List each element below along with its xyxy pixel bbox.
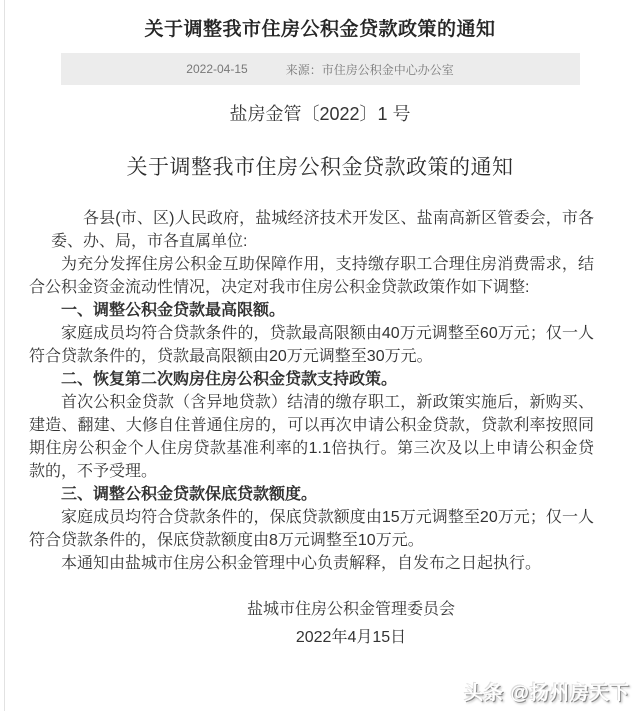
article-source: 来源：市住房公积金中心办公室 <box>286 61 454 78</box>
article-body: 各县(市、区)人民政府，盐城经济技术开发区、盐南高新区管委会，市各委、办、局，市… <box>0 207 640 575</box>
section-heading: 三、调整公积金贷款保底贷款额度。 <box>29 483 594 506</box>
paragraph: 本通知由盐城市住房公积金管理中心负责解释，自发布之日起执行。 <box>29 552 594 575</box>
paragraph: 家庭成员均符合贷款条件的，贷款最高限额由40万元调整至60万元；仅一人符合贷款条… <box>29 322 594 368</box>
publish-date: 2022-04-15 <box>186 62 247 76</box>
paragraph: 首次公积金贷款（含异地贷款）结清的缴存职工，新政策实施后，新购买、建造、翻建、大… <box>29 391 594 483</box>
page-title: 关于调整我市住房公积金贷款政策的通知 <box>0 0 640 40</box>
signature-date: 2022年4月15日 <box>62 624 640 652</box>
paragraph: 为充分发挥住房公积金互助保障作用，支持缴存职工合理住房消费需求，结合公积金资金流… <box>29 253 594 299</box>
section-heading: 二、恢复第二次购房住房公积金贷款支持政策。 <box>29 368 594 391</box>
paragraph: 各县(市、区)人民政府，盐城经济技术开发区、盐南高新区管委会，市各委、办、局，市… <box>51 207 594 253</box>
signature-org: 盐城市住房公积金管理委员会 <box>62 596 640 624</box>
article-meta-bar: 2022-04-15 来源：市住房公积金中心办公室 <box>61 53 580 85</box>
document-title: 关于调整我市住房公积金贷款政策的通知 <box>0 154 640 182</box>
toutiao-watermark: 头条 @扬州房天下 <box>464 678 630 705</box>
signature-block: 盐城市住房公积金管理委员会 2022年4月15日 <box>62 596 640 652</box>
notice-article: 关于调整我市住房公积金贷款政策的通知 2022-04-15 来源：市住房公积金中… <box>0 0 640 652</box>
document-number: 盐房金管〔2022〕1 号 <box>0 103 640 125</box>
section-heading: 一、调整公积金贷款最高限额。 <box>29 299 594 322</box>
paragraph: 家庭成员均符合贷款条件的，保底贷款额度由15万元调整至20万元；仅一人符合贷款条… <box>29 506 594 552</box>
